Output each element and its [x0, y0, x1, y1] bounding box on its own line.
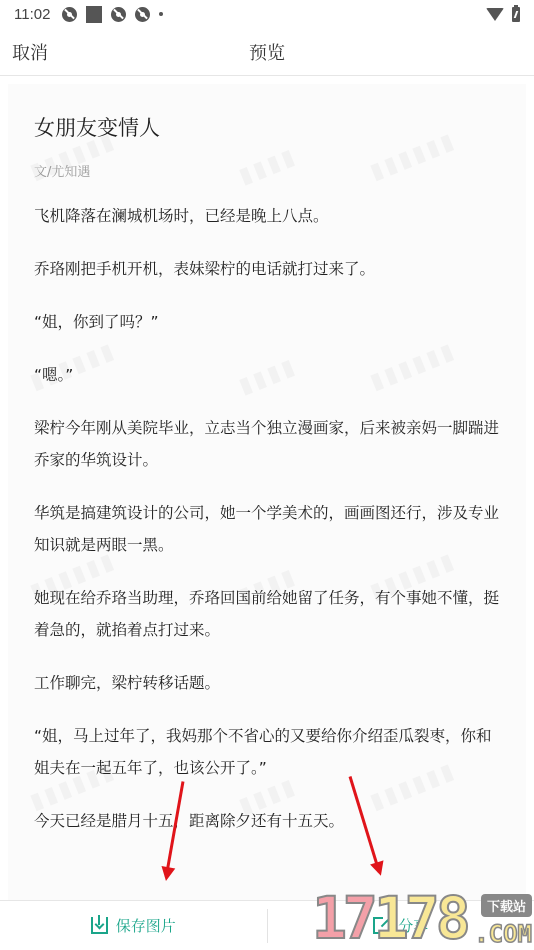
save-image-label: 保存图片	[116, 915, 176, 936]
wifi-icon	[486, 8, 504, 21]
share-button[interactable]: 分享	[268, 901, 534, 950]
status-right-icons	[486, 7, 520, 22]
sync-icon	[135, 7, 150, 22]
article-paragraph: 梁柠今年刚从美院毕业，立志当个独立漫画家，后来被亲妈一脚踹进乔家的华筑设计。	[34, 412, 506, 476]
battery-charging-icon	[512, 7, 520, 22]
article-paragraph: 工作聊完，梁柠转移话题。	[34, 667, 506, 699]
article-content: 女朋友变情人 文/尤知遇 飞机降落在澜城机场时，已经是晚上八点。 乔珞刚把手机开…	[34, 84, 506, 837]
article-paragraph: “姐，你到了吗？”	[34, 306, 506, 338]
article-paragraph: “姐，马上过年了，我妈那个不省心的又要给你介绍歪瓜裂枣，你和姐夫在一起五年了，也…	[34, 720, 506, 784]
top-bar: 取消 预览	[0, 28, 534, 76]
article-author: 文/尤知遇	[34, 164, 506, 182]
share-icon	[373, 917, 390, 934]
article-paragraph: 今天已经是腊月十五，距离除夕还有十五天。	[34, 805, 506, 837]
article-paragraph: “嗯。”	[34, 359, 506, 391]
page-title: 预览	[0, 39, 534, 65]
article-title: 女朋友变情人	[34, 114, 506, 142]
cancel-button[interactable]: 取消	[12, 39, 48, 65]
preview-card: ▮▮▮▮▮▮ ▮▮▮▮ ▮▮▮▮▮▮ ▮▮▮▮▮▮ ▮▮▮▮ ▮▮▮▮▮▮ ▮▮…	[8, 84, 526, 900]
dot-icon	[159, 12, 163, 16]
article-paragraph: 乔珞刚把手机开机，表妹梁柠的电话就打过来了。	[34, 253, 506, 285]
sync-icon	[111, 7, 126, 22]
sync-icon	[62, 7, 77, 22]
share-label: 分享	[398, 915, 428, 936]
status-bar: 11:02	[0, 0, 534, 28]
article-paragraph: 她现在给乔珞当助理，乔珞回国前给她留了任务，有个事她不懂，挺着急的，就掐着点打过…	[34, 582, 506, 646]
square-icon	[86, 6, 102, 23]
article-paragraph: 华筑是搞建筑设计的公司，她一个学美术的，画画图还行，涉及专业知识就是两眼一黑。	[34, 497, 506, 561]
bottom-action-bar: 保存图片 分享	[0, 900, 534, 950]
download-icon	[91, 917, 108, 934]
article-paragraph: 飞机降落在澜城机场时，已经是晚上八点。	[34, 200, 506, 232]
status-time: 11:02	[14, 6, 50, 23]
save-image-button[interactable]: 保存图片	[0, 901, 267, 950]
